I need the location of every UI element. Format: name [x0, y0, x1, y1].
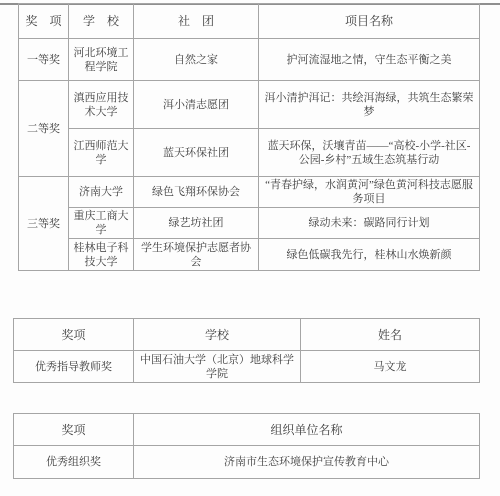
club-cell: 绿艺坊社团 [134, 208, 259, 239]
club-cell: 绿色飞翔环保协会 [134, 177, 259, 208]
club-cell: 蓝天环保社团 [134, 129, 259, 177]
header-org: 组织单位名称 [134, 414, 480, 446]
table-row: 二等奖 滇西应用技术大学 洱小清志愿团 洱小清护洱记：共绘洱海绿，共筑生态繁荣梦 [19, 81, 480, 129]
award-cell: 优秀指导教师奖 [14, 351, 134, 383]
project-cell: 蓝天环保，沃壤青苗——“高校-小学-社区-公园-乡村”五域生态筑基行动 [259, 129, 480, 177]
header-award: 奖 项 [19, 4, 69, 39]
school-cell: 江西师范大学 [69, 129, 134, 177]
club-cell: 学生环境保护志愿者协会 [134, 239, 259, 271]
school-cell: 济南大学 [69, 177, 134, 208]
project-cell: 洱小清护洱记：共绘洱海绿，共筑生态繁荣梦 [259, 81, 480, 129]
header-club: 社 团 [134, 4, 259, 39]
school-cell: 桂林电子科技大学 [69, 239, 134, 271]
header-school: 学 校 [69, 4, 134, 39]
school-cell: 中国石油大学（北京）地球科学学院 [134, 351, 301, 383]
teacher-award-table: 奖项 学校 姓名 优秀指导教师奖 中国石油大学（北京）地球科学学院 马文龙 [13, 318, 480, 383]
teacher-header-row: 奖项 学校 姓名 [14, 319, 480, 351]
header-school: 学校 [134, 319, 301, 351]
org-cell: 济南市生态环境保护宣传教育中心 [134, 446, 480, 479]
awards-header-row: 奖 项 学 校 社 团 项目名称 [19, 4, 480, 39]
award-cell: 三等奖 [19, 177, 69, 271]
header-award: 奖项 [14, 414, 134, 446]
table-row: 一等奖 河北环境工程学院 自然之家 护河流湿地之情，守生态平衡之美 [19, 39, 480, 81]
award-cell: 一等奖 [19, 39, 69, 81]
project-cell: 绿动未来：碳路同行计划 [259, 208, 480, 239]
project-cell: 绿色低碳我先行，桂林山水焕新颜 [259, 239, 480, 271]
club-cell: 洱小清志愿团 [134, 81, 259, 129]
project-cell: 护河流湿地之情，守生态平衡之美 [259, 39, 480, 81]
award-cell: 优秀组织奖 [14, 446, 134, 479]
name-cell: 马文龙 [301, 351, 480, 383]
club-cell: 自然之家 [134, 39, 259, 81]
school-cell: 滇西应用技术大学 [69, 81, 134, 129]
header-name: 姓名 [301, 319, 480, 351]
project-cell: “青春护绿，水润黄河”绿色黄河科技志愿服务项目 [259, 177, 480, 208]
document-page: 奖 项 学 校 社 团 项目名称 一等奖 河北环境工程学院 自然之家 护河流湿地… [0, 0, 500, 496]
table-row: 重庆工商大学 绿艺坊社团 绿动未来：碳路同行计划 [19, 208, 480, 239]
award-cell: 二等奖 [19, 81, 69, 177]
table-row: 江西师范大学 蓝天环保社团 蓝天环保，沃壤青苗——“高校-小学-社区-公园-乡村… [19, 129, 480, 177]
awards-table: 奖 项 学 校 社 团 项目名称 一等奖 河北环境工程学院 自然之家 护河流湿地… [18, 3, 480, 271]
school-cell: 重庆工商大学 [69, 208, 134, 239]
table-row: 优秀指导教师奖 中国石油大学（北京）地球科学学院 马文龙 [14, 351, 480, 383]
table-row: 桂林电子科技大学 学生环境保护志愿者协会 绿色低碳我先行，桂林山水焕新颜 [19, 239, 480, 271]
table-row: 优秀组织奖 济南市生态环境保护宣传教育中心 [14, 446, 480, 479]
school-cell: 河北环境工程学院 [69, 39, 134, 81]
header-award: 奖项 [14, 319, 134, 351]
header-project: 项目名称 [259, 4, 480, 39]
org-header-row: 奖项 组织单位名称 [14, 414, 480, 446]
organization-award-table: 奖项 组织单位名称 优秀组织奖 济南市生态环境保护宣传教育中心 [13, 413, 480, 479]
table-row: 三等奖 济南大学 绿色飞翔环保协会 “青春护绿，水润黄河”绿色黄河科技志愿服务项… [19, 177, 480, 208]
